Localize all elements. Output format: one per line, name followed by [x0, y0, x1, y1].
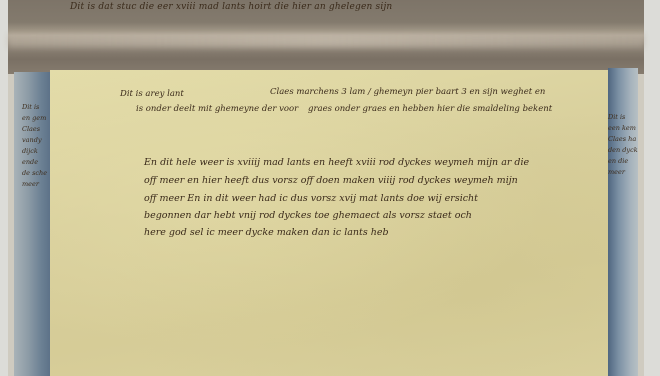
manuscript-page: Dit is dat stuc die eer xviii mad lants …: [8, 0, 644, 376]
header-line-1-right: Claes marchens 3 lam / ghemeyn pier baar…: [270, 87, 545, 97]
right-margin-note: Dit is een kem Claes ha den dyck en die …: [608, 112, 638, 178]
body-line-1: En dit hele weer is xviiij mad lants en …: [144, 157, 529, 168]
body-line-5: here god sel ic meer dycke maken dan ic …: [144, 227, 389, 238]
body-line-3: off meer En in dit weer had ic dus vorsz…: [144, 193, 478, 204]
left-margin-note: Dit is en gem Claes vandy dijck ende de …: [22, 102, 47, 190]
header-line-1-left: Dit is arey lant: [120, 89, 184, 99]
body-line-2: off meer en hier heeft dus vorsz off doe…: [144, 175, 518, 186]
header-line-2-right: graes onder graes en hebben hier die sma…: [308, 104, 552, 114]
header-line-2-left: is onder deelt mit ghemeyne der voor: [136, 104, 298, 114]
top-caption: Dit is dat stuc die eer xviii mad lants …: [70, 2, 392, 12]
field-area: [50, 70, 608, 376]
body-line-4: begonnen dar hebt vnij rod dyckes toe gh…: [144, 210, 472, 221]
